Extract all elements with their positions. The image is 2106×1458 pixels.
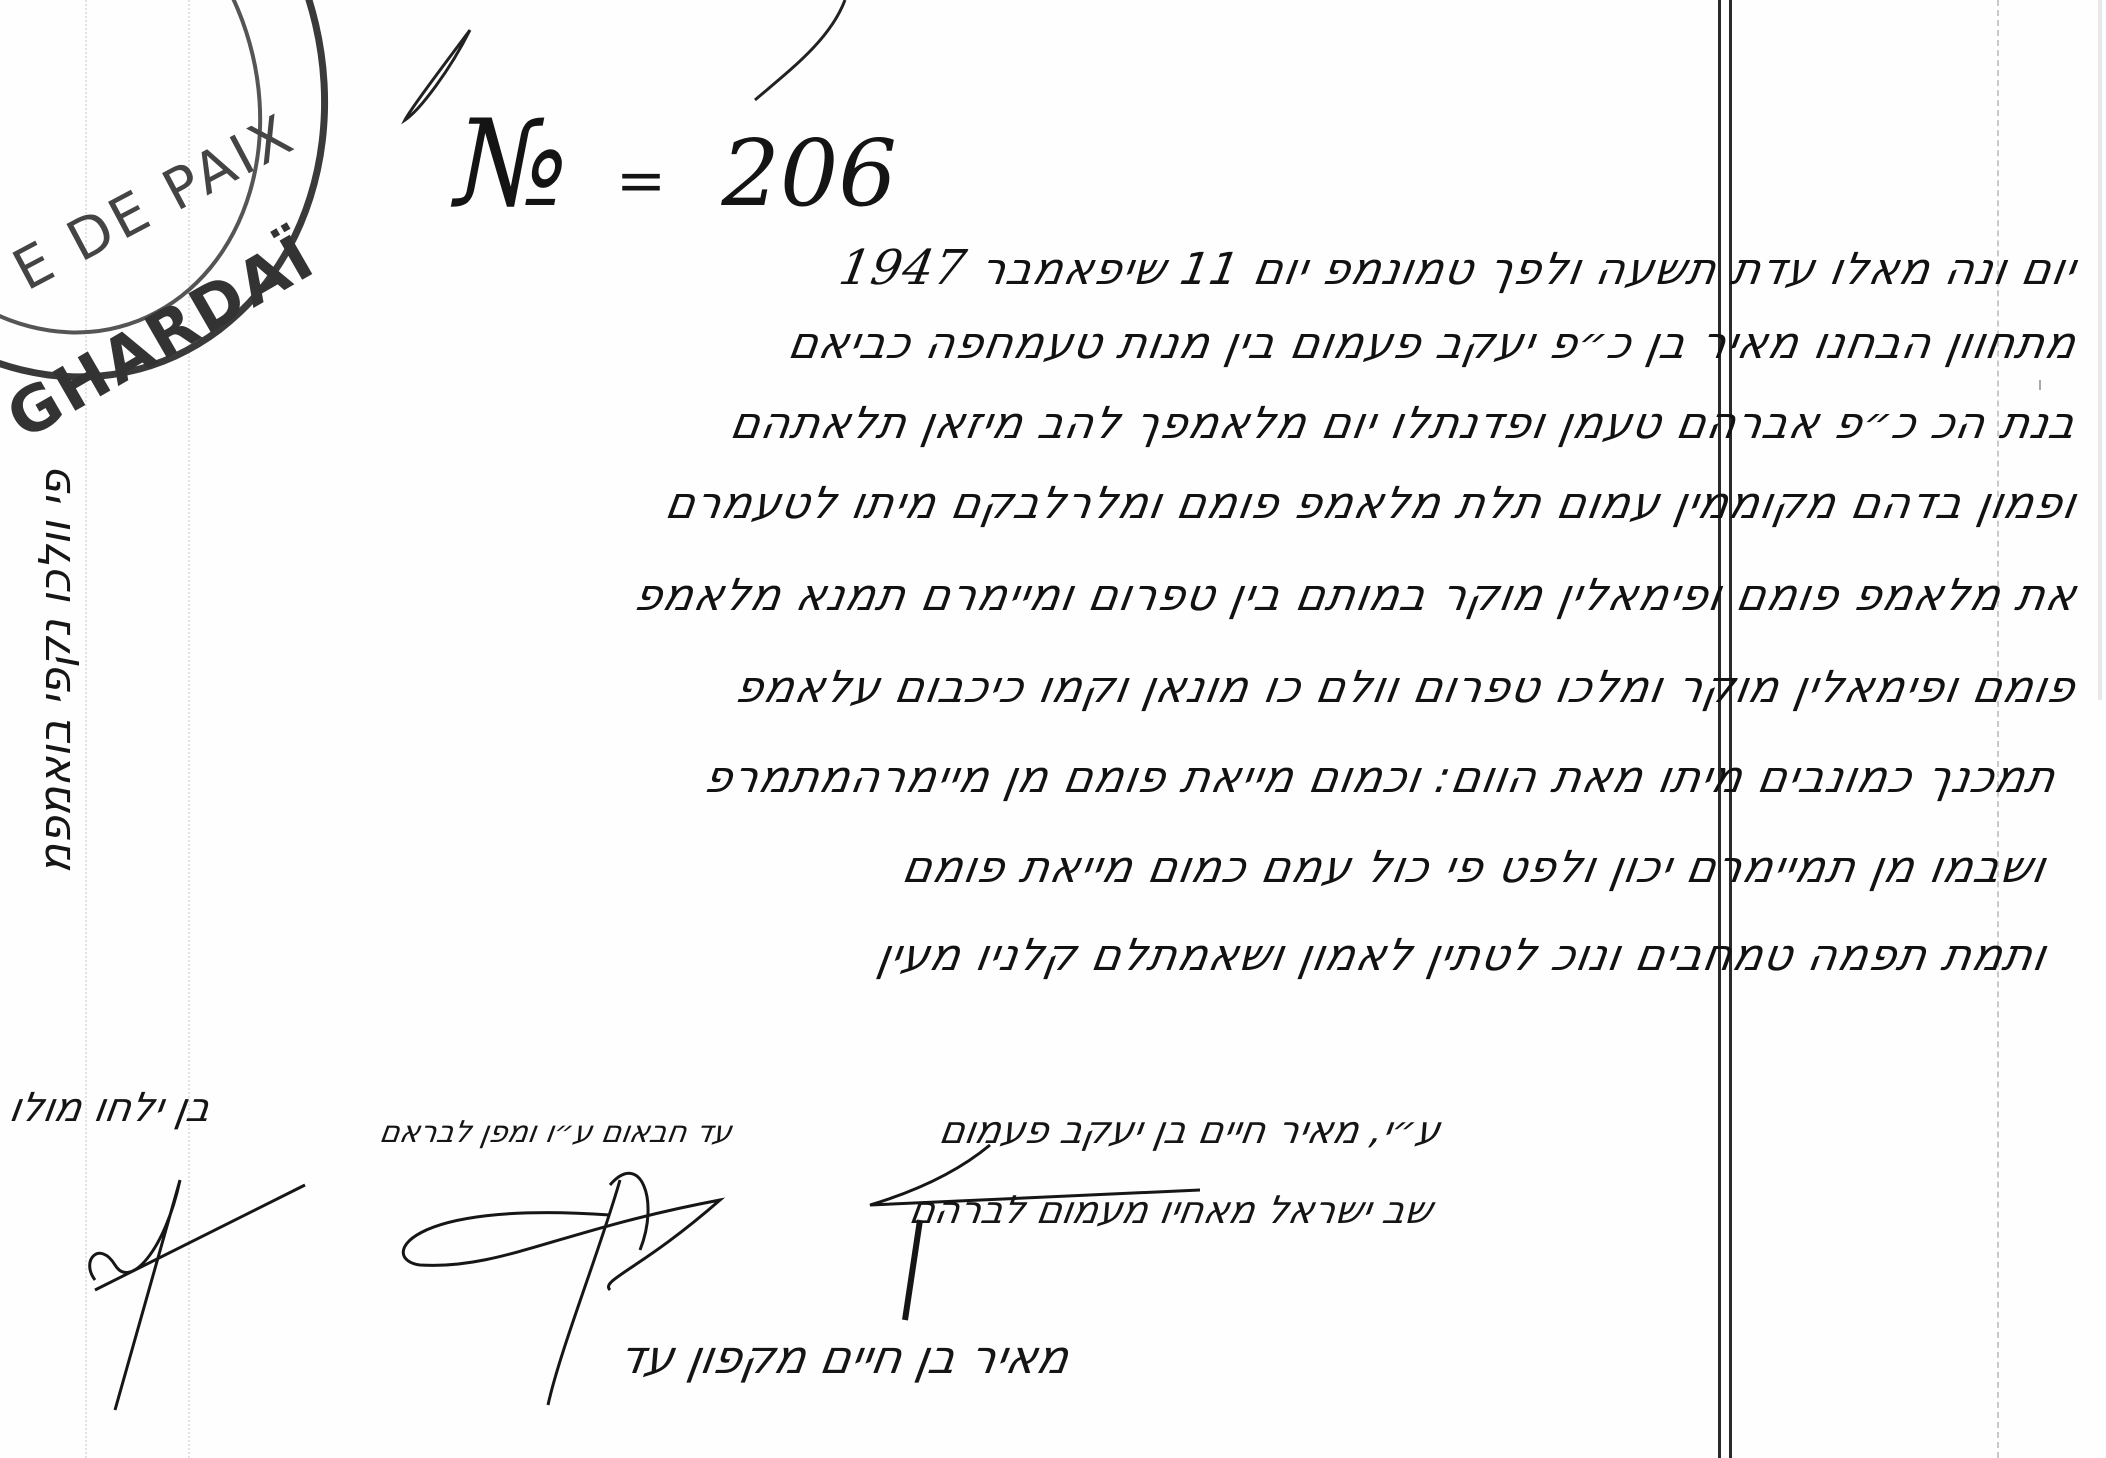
body-line-6: פומם ופימאלין מוקר ומלכו טפרום וולם כו מ… [732,662,2081,713]
pen-strokes [0,0,2106,1458]
witness-left-signature-text: בן ילחו מולו [6,1085,214,1131]
number-separator: = [616,146,666,216]
body-line-7: תמכנך כמונבים מיתו מאת הוום: וכמום מייאת… [701,752,2061,803]
body-line-9: ותמת תפמה טמחבים ונוכ לטתין לאמון ושאמתל… [873,930,2050,981]
document-number-value: 206 [721,120,897,227]
column-rule-line [1718,0,1721,1458]
body-line-3: בנת הכ כ״פ אברהם טעמן ופדנתלו יום מלאמפך… [727,398,2081,449]
bottom-signature-line: מאיר בן חיים מקפון עד [615,1330,1073,1384]
page-edge [2098,0,2102,700]
body-line-text: יום ונה מאלו עדת תשעה ולפך טמונמפ יום 11… [976,244,2080,295]
body-line-2: מתחוון הבחנו מאיר בן כ״פ יעקב פעמום בין … [784,318,2080,369]
second-signature-line: שב ישראל מאחיו מעמום לברהם [906,1188,1436,1232]
column-rule-line [1729,0,1732,1458]
body-line-8: ושבמו מן תמיימרם יכון ולפט פי כול עמם כמ… [899,842,2051,893]
document-number: № = 206 [455,95,897,234]
margin-note: פי וולכו נקפי בואמפמ [30,470,81,874]
body-line-5: את מלאמפ פומם ופימאלין מוקר במותם בין טפ… [630,570,2080,621]
document-page: E DE PAIX GHARDAÏ № = 206 יום ונה מאלו ע… [0,0,2106,1458]
body-line-4: ופמון בדהם מקוממין עמום תלת מלאמפ פומם ו… [661,478,2080,529]
document-year: 1947 [835,240,971,296]
numero-sign: № [455,95,569,234]
groom-signature-text: ע״י, מאיר חיים בן יעקב פעמום [936,1108,1444,1152]
body-line-1: יום ונה מאלו עדת תשעה ולפך טמונמפ יום 11… [835,240,2081,296]
margin-rule-dashed [1997,0,1999,1458]
witness-middle-signature-text: עד חבאום ע״ו ומפן לבראם [377,1115,735,1150]
